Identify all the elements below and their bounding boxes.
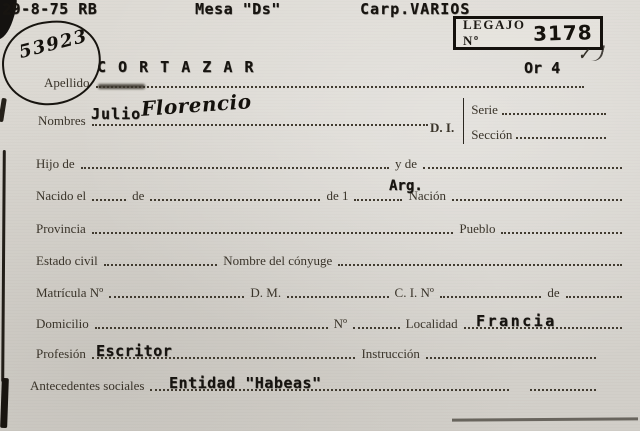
dotted-line — [502, 110, 606, 115]
row-hijo-de: Hijo de y de — [34, 153, 626, 171]
domicilio-numero-label: Nº — [334, 317, 347, 331]
di-block: D. I. Serie Sección — [430, 98, 610, 144]
domicilio-label: Domicilio — [36, 317, 89, 331]
localidad-value: Francia — [476, 312, 557, 330]
dotted-line — [92, 229, 454, 234]
matricula-label: Matrícula Nº — [36, 286, 103, 300]
typed-smudge — [98, 84, 145, 89]
dotted-line — [95, 324, 328, 329]
profesion-label: Profesión — [36, 347, 86, 361]
serie-line: Serie — [471, 103, 610, 117]
dotted-line — [92, 196, 126, 201]
dotted-line — [530, 386, 596, 391]
checkmark-icon: ✓ — [577, 46, 591, 63]
matricula-de-label: de — [547, 286, 559, 300]
seccion-line: Sección — [471, 128, 610, 142]
index-card-scan: 29-8-75 RB Mesa "Ds" Carp.VARIOS LEGAJO … — [0, 0, 640, 431]
dotted-line — [338, 261, 622, 266]
row-estado-civil: Estado civil Nombre del cónyuge — [34, 250, 626, 268]
nacido-el-label: Nacido el — [36, 189, 86, 203]
scan-artifact-left-tick — [0, 98, 7, 122]
hijo-de-label: Hijo de — [36, 157, 75, 171]
scan-artifact-bottom-line — [452, 417, 638, 421]
di-label: D. I. — [430, 121, 454, 135]
scan-artifact-left-edge-bottom — [0, 378, 9, 428]
instruccion-label: Instrucción — [361, 347, 419, 361]
dotted-line — [440, 293, 541, 298]
dotted-line — [566, 293, 622, 298]
row-matricula: Matrícula Nº D. M. C. I. Nº de — [34, 282, 626, 300]
file-number-circle: 53923 — [0, 17, 104, 109]
row-nacido: Nacido el de de 1 Nación — [34, 185, 626, 203]
dm-label: D. M. — [250, 286, 281, 300]
scan-artifact-left-edge — [1, 150, 6, 382]
dotted-line — [452, 196, 622, 201]
dotted-line — [96, 83, 585, 88]
dotted-line — [92, 121, 428, 126]
apellido-label: Apellido — [44, 76, 90, 90]
nombres-typed-value: Julio — [91, 105, 141, 123]
dotted-line — [81, 164, 389, 169]
dotted-line — [516, 134, 606, 139]
dotted-line — [354, 196, 402, 201]
dotted-line — [423, 164, 622, 169]
di-divider — [463, 98, 464, 144]
dotted-line — [353, 324, 400, 329]
mesa-label: Mesa "Ds" — [195, 0, 281, 18]
serie-label: Serie — [471, 103, 498, 117]
provincia-label: Provincia — [36, 222, 86, 236]
dotted-line — [287, 293, 388, 298]
legajo-number: 3178 — [533, 20, 593, 46]
row-provincia: Provincia Pueblo — [34, 218, 626, 236]
nacido-de1-label: de 1 — [326, 189, 348, 203]
apellido-value: C O R T A Z A R — [97, 58, 255, 76]
ci-label: C. I. Nº — [395, 286, 434, 300]
dotted-line — [501, 229, 622, 234]
seccion-label: Sección — [471, 128, 512, 142]
localidad-label: Localidad — [406, 317, 458, 331]
orden-note: Or 4 — [524, 59, 560, 77]
conyuge-label: Nombre del cónyuge — [223, 254, 332, 268]
legajo-stamp-box: LEGAJO Nº 3178 — [453, 16, 603, 50]
estado-civil-label: Estado civil — [36, 254, 98, 268]
profesion-value: Escritor — [96, 342, 172, 360]
dotted-line — [426, 354, 596, 359]
nombres-label: Nombres — [38, 114, 86, 128]
dotted-line — [104, 261, 217, 266]
dotted-line — [109, 293, 244, 298]
nacido-de-label: de — [132, 189, 144, 203]
circled-file-number: 53923 — [17, 26, 90, 63]
antecedentes-label: Antecedentes sociales — [30, 379, 144, 393]
y-de-label: y de — [395, 157, 417, 171]
pueblo-label: Pueblo — [459, 222, 495, 236]
di-lines: Serie Sección — [471, 101, 610, 141]
legajo-label: LEGAJO Nº — [463, 17, 533, 49]
date-reference: 29-8-75 RB — [2, 0, 97, 18]
nacion-value: Arg. — [389, 178, 423, 194]
dotted-line — [150, 196, 320, 201]
antecedentes-value: Entidad "Habeas" — [169, 374, 322, 392]
